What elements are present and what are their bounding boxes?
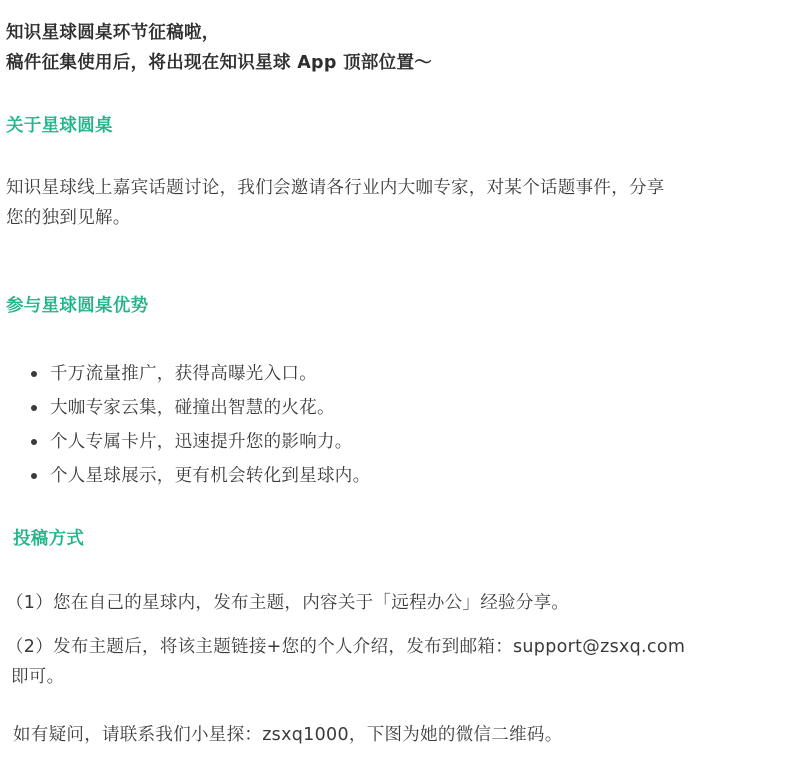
bullet-icon [31,439,37,445]
submission-step-2-line-1: （2）发布主题后，将该主题链接+您的个人介绍，发布到邮箱：support@zsx… [6,632,685,662]
bullet-icon [31,473,37,479]
submission-step-2-line-2: 即可。 [11,662,64,692]
about-paragraph-line-1: 知识星球线上嘉宾话题讨论，我们会邀请各行业内大咖专家，对某个话题事件，分享 [6,173,665,203]
bullet-icon [31,371,37,377]
about-paragraph-line-2: 您的独到见解。 [6,203,131,233]
list-item-text: 个人星球展示，更有机会转化到星球内。 [50,461,370,491]
about-heading: 关于星球圆桌 [6,111,113,141]
submission-step-1: （1）您在自己的星球内，发布主题，内容关于「远程办公」经验分享。 [6,588,569,618]
list-item-text: 千万流量推广，获得高曝光入口。 [50,359,317,389]
intro-line-1: 知识星球圆桌环节征稿啦， [6,18,220,48]
list-item-text: 大咖专家云集，碰撞出智慧的火花。 [50,393,335,423]
advantages-heading: 参与星球圆桌优势 [6,291,148,321]
bullet-icon [31,405,37,411]
contact-text: 如有疑问，请联系我们小星探：zsxq1000，下图为她的微信二维码。 [13,720,563,750]
submission-heading: 投稿方式 [13,524,84,554]
list-item-text: 个人专属卡片，迅速提升您的影响力。 [50,427,353,457]
intro-line-2: 稿件征集使用后，将出现在知识星球 App 顶部位置～ [6,48,432,78]
